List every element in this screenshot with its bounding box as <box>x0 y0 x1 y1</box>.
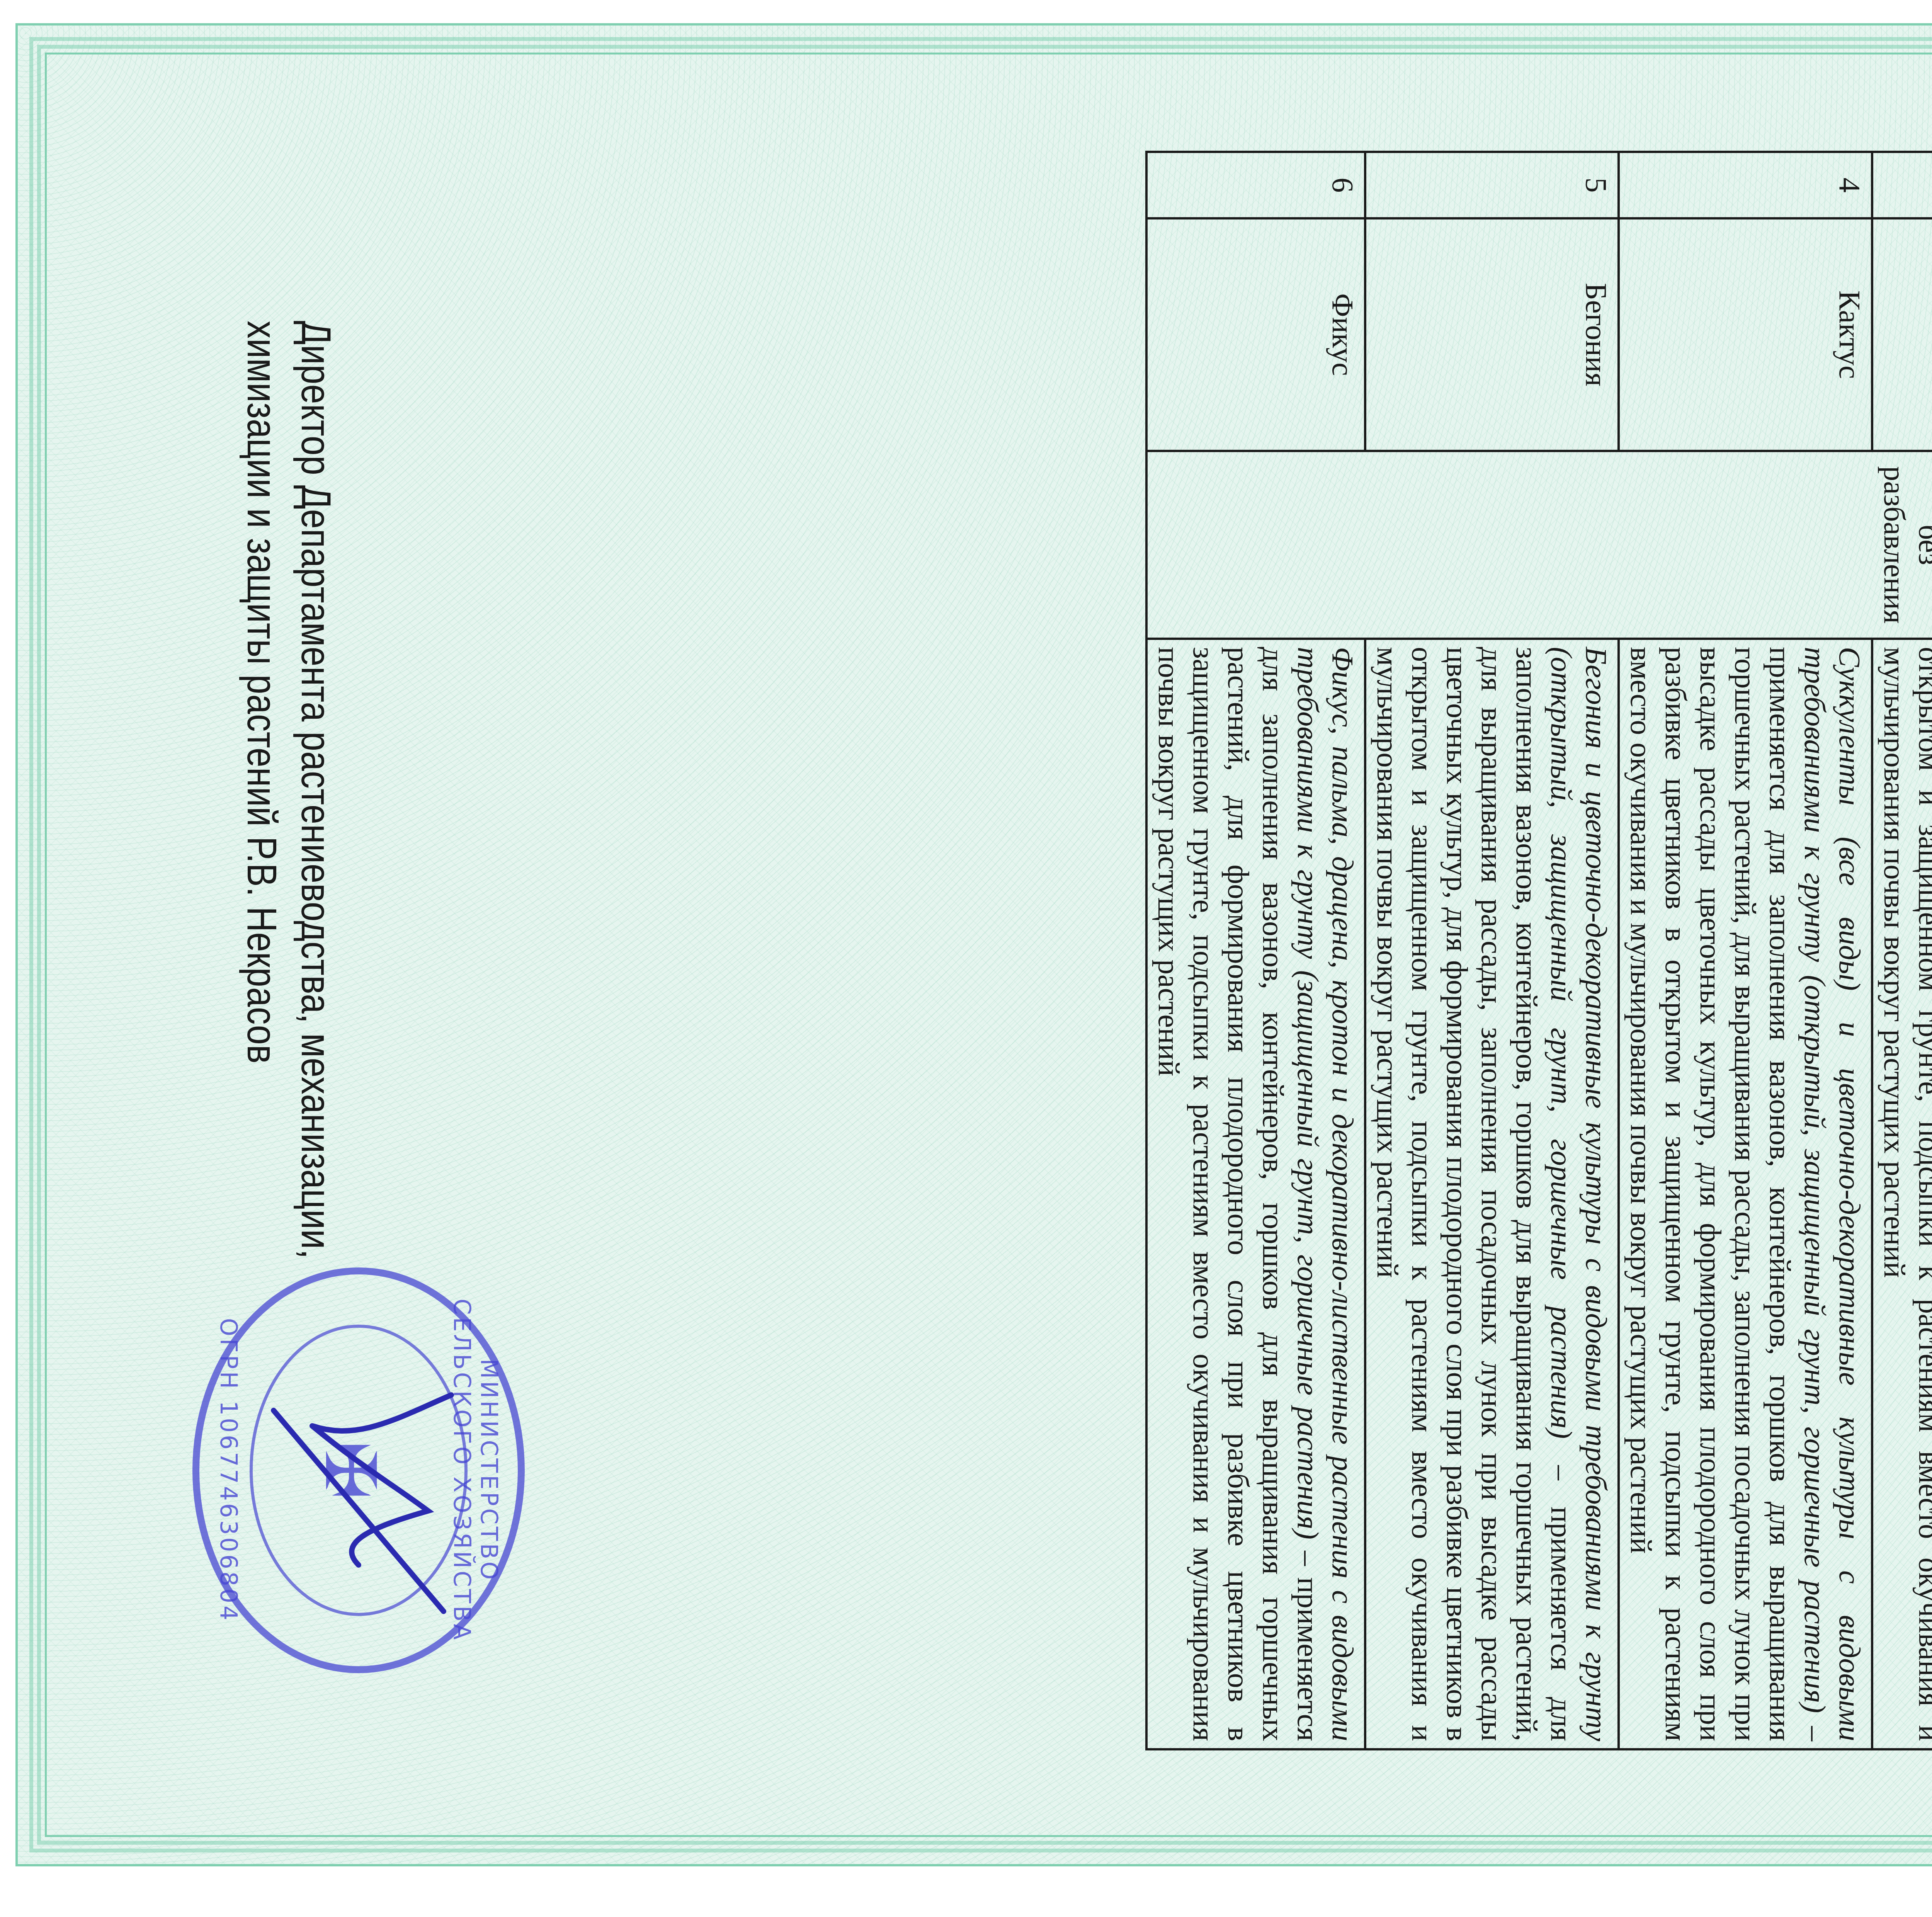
product-name: Бегония <box>1365 218 1619 451</box>
table-row: 5 Бегония Бегония и цветочно-декоративны… <box>1365 152 1619 1749</box>
row-number: 3 <box>1872 152 1932 218</box>
table-row: 3 Орхидея Полностью готов к применению, … <box>1872 152 1932 1749</box>
product-name: Фикус <box>1146 218 1365 451</box>
product-name: Орхидея <box>1872 218 1932 451</box>
usage-text: – применяется для заполнения вазонов, ко… <box>1878 647 1932 1741</box>
rotated-page: Приложение № 1 к свидетельству о государ… <box>119 89 1932 1828</box>
row-number: 6 <box>1146 152 1365 218</box>
usage-description: Орхидея (все виды) и цветочно-декоративн… <box>1872 639 1932 1749</box>
product-name: Кактус <box>1619 218 1872 451</box>
table-row: 6 Фикус Фикус, пальма, драцена, кротон и… <box>1146 152 1365 1749</box>
usage-description: Бегония и цветочно-декоративные культуры… <box>1365 639 1619 1749</box>
registration-table: 1 2 3 4 3 Орхидея Полностью готов к прим… <box>1145 151 1932 1750</box>
usage-description: Суккуленты (все виды) и цветочно-декорат… <box>1619 639 1872 1749</box>
crop-scope: Суккуленты (все виды) и цветочно-декорат… <box>1798 647 1867 1741</box>
row-number: 5 <box>1365 152 1619 218</box>
usage-description: Фикус, пальма, драцена, кротон и декорат… <box>1146 639 1365 1749</box>
stamp-bottom-text: ОГРН 1067746306804 <box>215 1274 242 1666</box>
row-number: 4 <box>1619 152 1872 218</box>
table-row: 4 Кактус Суккуленты (все виды) и цветочн… <box>1619 152 1872 1749</box>
preparation-note: Полностью готов к применению, можно испо… <box>1146 451 1932 639</box>
handwritten-signature-icon <box>243 1364 474 1635</box>
